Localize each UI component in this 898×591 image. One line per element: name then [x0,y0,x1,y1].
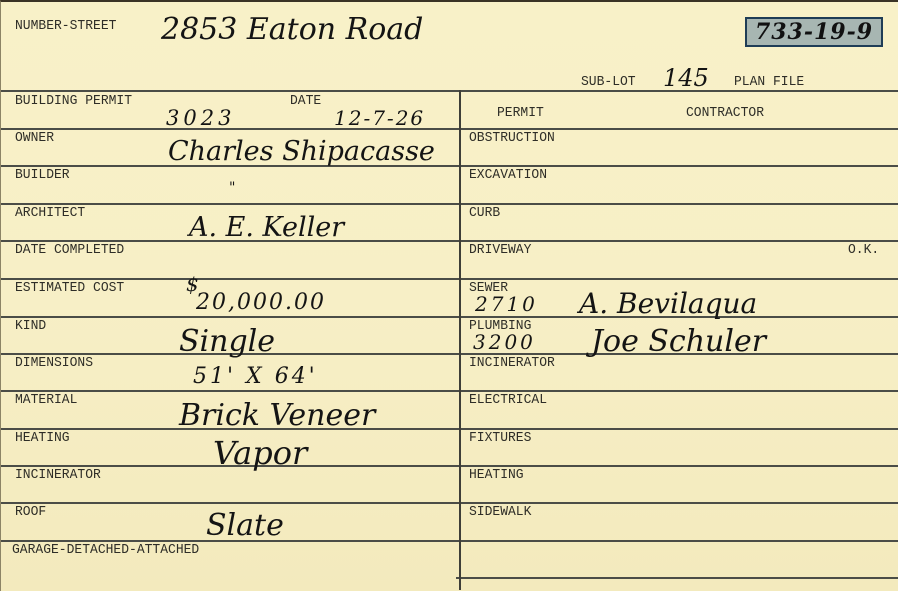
estimated-cost-label: ESTIMATED COST [15,279,124,295]
garage-label: GARAGE-DETACHED-ATTACHED [12,541,199,557]
kind-label: KIND [15,317,46,333]
divider [1,203,898,205]
heating-value: Vapor [213,434,307,472]
heating-label: HEATING [15,429,70,445]
builder-value: " [229,180,235,196]
permit-header: PERMIT [497,104,544,120]
curb-label: CURB [469,204,500,220]
owner-label: OWNER [15,129,54,145]
heating-permit-label: HEATING [469,466,524,482]
roof-value: Slate [206,508,284,543]
plan-file-label: PLAN FILE [734,73,804,89]
driveway-label: DRIVEWAY [469,241,531,257]
sub-lot-value: 145 [663,64,709,92]
divider [1,278,898,280]
architect-label: ARCHITECT [15,204,85,220]
obstruction-label: OBSTRUCTION [469,129,555,145]
kind-value: Single [179,324,275,359]
material-label: MATERIAL [15,391,77,407]
divider [1,428,898,430]
divider [1,502,898,504]
roof-label: ROOF [15,503,46,519]
divider [1,390,898,392]
divider [1,240,898,242]
permit-card: NUMBER-STREET 2853 Eaton Road 733-19-9 S… [0,0,898,591]
fixtures-label: FIXTURES [469,429,531,445]
sewer-contractor-value: A. Bevilaqua [579,287,757,320]
excavation-label: EXCAVATION [469,166,547,182]
builder-label: BUILDER [15,166,70,182]
date-completed-label: DATE COMPLETED [15,241,124,257]
electrical-label: ELECTRICAL [469,391,547,407]
incinerator-label: INCINERATOR [15,466,101,482]
material-value: Brick Veneer [179,398,375,433]
divider [1,465,898,467]
incinerator-permit-label: INCINERATOR [469,354,555,370]
column-divider [459,90,461,590]
building-permit-value: 3023 [166,106,235,130]
divider [1,90,898,92]
plumbing-contractor-value: Joe Schuler [591,324,766,359]
sidewalk-label: SIDEWALK [469,503,531,519]
file-number-stamp: 733-19-9 [745,17,883,47]
divider [1,165,898,167]
date-label: DATE [290,92,321,108]
dimensions-value: 51' X 64' [193,364,318,389]
owner-value: Charles Shipacasse [168,136,435,167]
plumbing-permit-value: 3200 [473,330,536,354]
driveway-status: O.K. [848,241,879,257]
divider [1,128,898,130]
contractor-header: CONTRACTOR [686,104,764,120]
architect-value: A. E. Keller [189,212,344,243]
dimensions-label: DIMENSIONS [15,354,93,370]
divider [1,316,898,318]
number-street-label: NUMBER-STREET [15,17,116,33]
sewer-permit-value: 2710 [475,292,538,316]
date-value: 12-7-26 [334,106,425,130]
building-permit-label: BUILDING PERMIT [15,92,132,108]
file-number-value: 733-19-9 [755,19,873,45]
sub-lot-label: SUB-LOT [581,73,636,89]
estimated-cost-value: 20,000.00 [196,290,326,315]
divider [456,577,898,579]
number-street-value: 2853 Eaton Road [161,12,423,47]
